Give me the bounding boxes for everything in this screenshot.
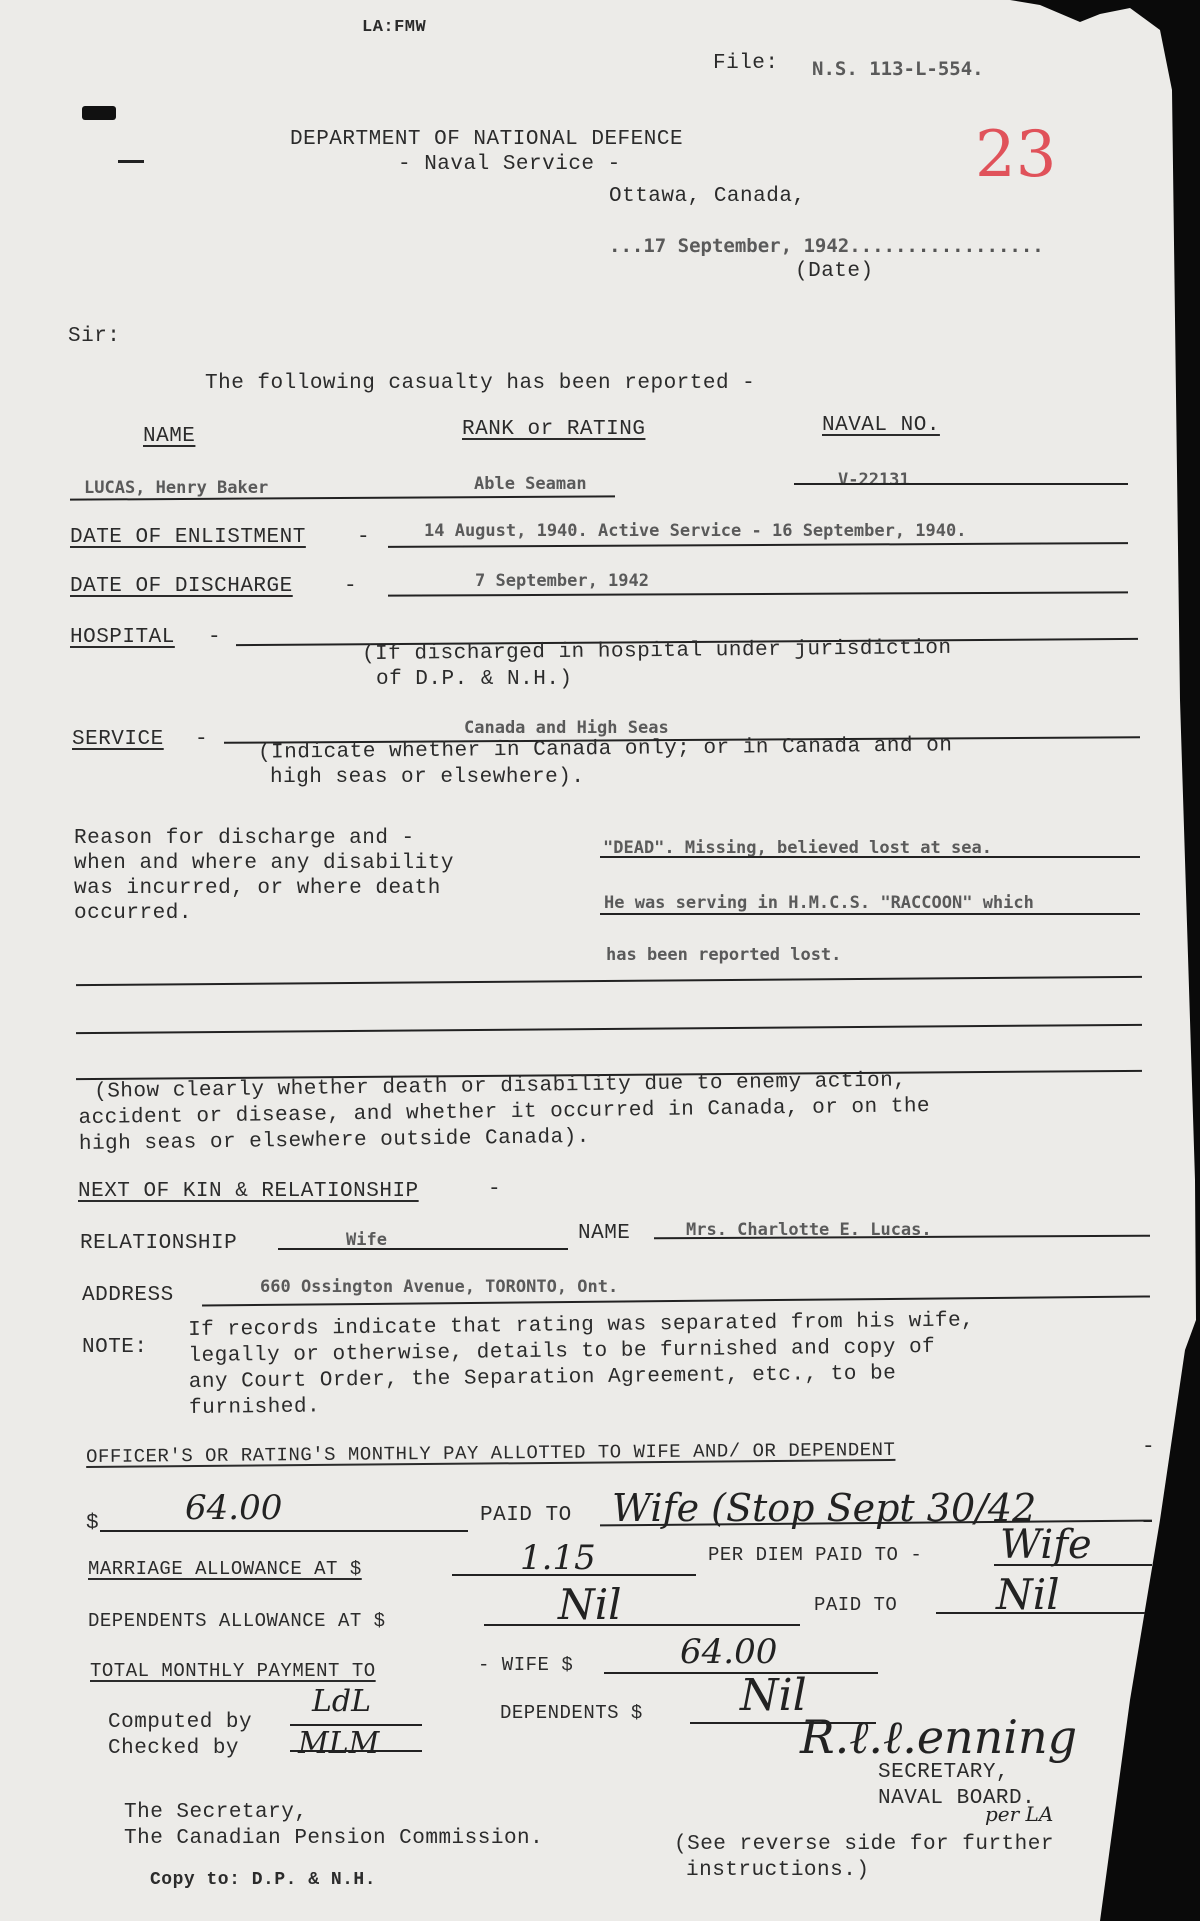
per-note: per LA xyxy=(985,1802,1053,1826)
hospital-dash: - xyxy=(208,626,221,649)
underline-per-diem xyxy=(994,1564,1152,1566)
underline-enlistment xyxy=(388,542,1128,548)
next-of-kin-heading: NEXT OF KIN & RELATIONSHIP xyxy=(78,1180,419,1203)
checked-by-initials: MLM xyxy=(298,1726,379,1761)
show-clearly-note: (Show clearly whether death or disabilit… xyxy=(78,1068,931,1158)
service-note-2: high seas or elsewhere). xyxy=(270,766,584,789)
enlistment-value: 14 August, 1940. Active Service - 16 Sep… xyxy=(424,521,966,541)
relationship-label: RELATIONSHIP xyxy=(80,1232,237,1255)
service-note-1: (Indicate whether in Canada only; or in … xyxy=(258,734,953,764)
underline-reason-4 xyxy=(76,1024,1142,1034)
reason-value-1: "DEAD". Missing, believed lost at sea. xyxy=(603,838,992,858)
address-label: ADDRESS xyxy=(82,1284,174,1307)
per-diem-value: Wife xyxy=(1000,1522,1092,1568)
location: Ottawa, Canada, xyxy=(609,185,806,208)
page-mark: 23 xyxy=(975,118,1056,192)
underline-dependents-allowance xyxy=(484,1624,800,1626)
computed-by-initials: LdL xyxy=(312,1684,371,1719)
underline-naval-no xyxy=(794,483,1128,485)
underline-discharge xyxy=(388,591,1128,596)
per-diem-label: PER DIEM PAID TO - xyxy=(708,1544,922,1566)
note-label: NOTE: xyxy=(82,1336,148,1359)
underline-monthly-amount xyxy=(100,1530,468,1532)
kin-name-label: NAME xyxy=(578,1222,630,1245)
total-wife-label: - WIFE $ xyxy=(478,1654,573,1676)
column-header-rank: RANK or RATING xyxy=(462,418,645,441)
date-value: 17 September, 1942. xyxy=(643,235,860,257)
department-name: DEPARTMENT OF NATIONAL DEFENCE xyxy=(290,128,683,151)
underline-address xyxy=(202,1295,1150,1306)
casualty-naval-no: V-22131 xyxy=(838,470,910,490)
total-dependents-value: Nil xyxy=(740,1670,807,1721)
paid-to-label: PAID TO xyxy=(480,1504,572,1527)
reverse-side-note: (See reverse side for further instructio… xyxy=(674,1832,1054,1884)
underline-reason-1 xyxy=(600,856,1140,858)
pay-heading-dash: - xyxy=(1142,1436,1155,1459)
secretary-signature: R.ℓ.ℓ.enning xyxy=(800,1710,1077,1764)
column-header-naval-no: NAVAL NO. xyxy=(822,414,940,437)
salutation: Sir: xyxy=(68,325,120,348)
file-label: File: xyxy=(713,52,779,75)
next-of-kin-dash: - xyxy=(488,1178,501,1201)
reference-code: LA:FMW xyxy=(362,18,426,37)
casualty-rank: Able Seaman xyxy=(474,474,587,494)
date-label: (Date) xyxy=(795,260,874,283)
hospital-label: HOSPITAL xyxy=(70,626,175,649)
separation-note: If records indicate that rating was sepa… xyxy=(188,1308,975,1422)
service-branch: - Naval Service - xyxy=(398,153,621,176)
monthly-dollar-sign: $ xyxy=(86,1512,99,1535)
underline-marriage xyxy=(452,1574,696,1576)
enlistment-label: DATE OF ENLISTMENT xyxy=(70,526,306,549)
dependents-allowance-value: Nil xyxy=(558,1580,622,1629)
underline-reason-2 xyxy=(600,913,1140,915)
marriage-allowance-value: 1.15 xyxy=(520,1538,596,1578)
discharge-label: DATE OF DISCHARGE xyxy=(70,575,293,598)
total-monthly-label: TOTAL MONTHLY PAYMENT TO xyxy=(90,1660,376,1682)
total-dependents-label: DEPENDENTS $ xyxy=(500,1702,643,1724)
dependents-allowance-label: DEPENDENTS ALLOWANCE AT $ xyxy=(88,1610,386,1632)
reason-label-line-3: was incurred, or where death xyxy=(74,876,454,901)
ink-mark xyxy=(118,160,144,163)
service-value: Canada and High Seas xyxy=(464,718,669,738)
monthly-amount: 64.00 xyxy=(185,1488,282,1528)
ink-blot xyxy=(82,106,116,120)
underline-relationship xyxy=(278,1248,568,1250)
document-page: LA:FMW File: N.S. 113-L-554. DEPARTMENT … xyxy=(0,0,1200,1921)
reason-label-line-2: when and where any disability xyxy=(74,851,454,876)
intro-text: The following casualty has been reported… xyxy=(205,372,755,395)
recipient-address: The Secretary, The Canadian Pension Comm… xyxy=(124,1800,543,1852)
reason-label-line-4: occurred. xyxy=(74,901,454,926)
hospital-note-2: of D.P. & N.H.) xyxy=(376,668,573,691)
file-number: N.S. 113-L-554. xyxy=(812,58,984,80)
reason-value-2: He was serving in H.M.C.S. "RACCOON" whi… xyxy=(604,893,1034,913)
enlistment-dash: - xyxy=(357,526,370,549)
underline-reason-3 xyxy=(76,976,1142,986)
reverse-note-line-2: instructions.) xyxy=(674,1858,1054,1884)
discharge-value: 7 September, 1942 xyxy=(475,571,649,591)
date-line: ...17 September, 1942................. xyxy=(609,235,1044,257)
computed-by-label: Computed by xyxy=(108,1710,252,1736)
recipient-line-2: The Canadian Pension Commission. xyxy=(124,1826,543,1852)
service-dash: - xyxy=(195,728,208,751)
pay-heading: OFFICER'S OR RATING'S MONTHLY PAY ALLOTT… xyxy=(86,1439,895,1468)
discharge-dash: - xyxy=(344,575,357,598)
copy-to: Copy to: D.P. & N.H. xyxy=(150,1870,376,1890)
underline-checked xyxy=(290,1750,422,1752)
date-dots-prefix: ... xyxy=(609,235,643,257)
computed-checked-labels: Computed by Checked by xyxy=(108,1710,252,1762)
recipient-line-1: The Secretary, xyxy=(124,1800,543,1826)
underline-dependents-paid-to xyxy=(936,1612,1146,1614)
reason-label-line-1: Reason for discharge and - xyxy=(74,826,454,851)
service-label: SERVICE xyxy=(72,728,164,751)
reverse-note-line-1: (See reverse side for further xyxy=(674,1832,1054,1858)
marriage-allowance-label: MARRIAGE ALLOWANCE AT $ xyxy=(88,1558,362,1580)
date-dots-suffix: ................ xyxy=(861,235,1044,257)
total-wife-value: 64.00 xyxy=(680,1632,777,1672)
relationship-value: Wife xyxy=(346,1230,387,1250)
dependents-paid-to-label: PAID TO xyxy=(814,1594,897,1616)
casualty-name: LUCAS, Henry Baker xyxy=(84,478,268,498)
address-value: 660 Ossington Avenue, TORONTO, Ont. xyxy=(260,1277,618,1297)
checked-by-label: Checked by xyxy=(108,1736,252,1762)
hospital-note-1: (If discharged in hospital under jurisdi… xyxy=(362,637,952,666)
column-header-name: NAME xyxy=(143,425,195,448)
reason-value-3: has been reported lost. xyxy=(606,945,841,965)
signature-title-line-1: SECRETARY, xyxy=(878,1760,1035,1786)
reason-label: Reason for discharge and - when and wher… xyxy=(74,826,454,926)
